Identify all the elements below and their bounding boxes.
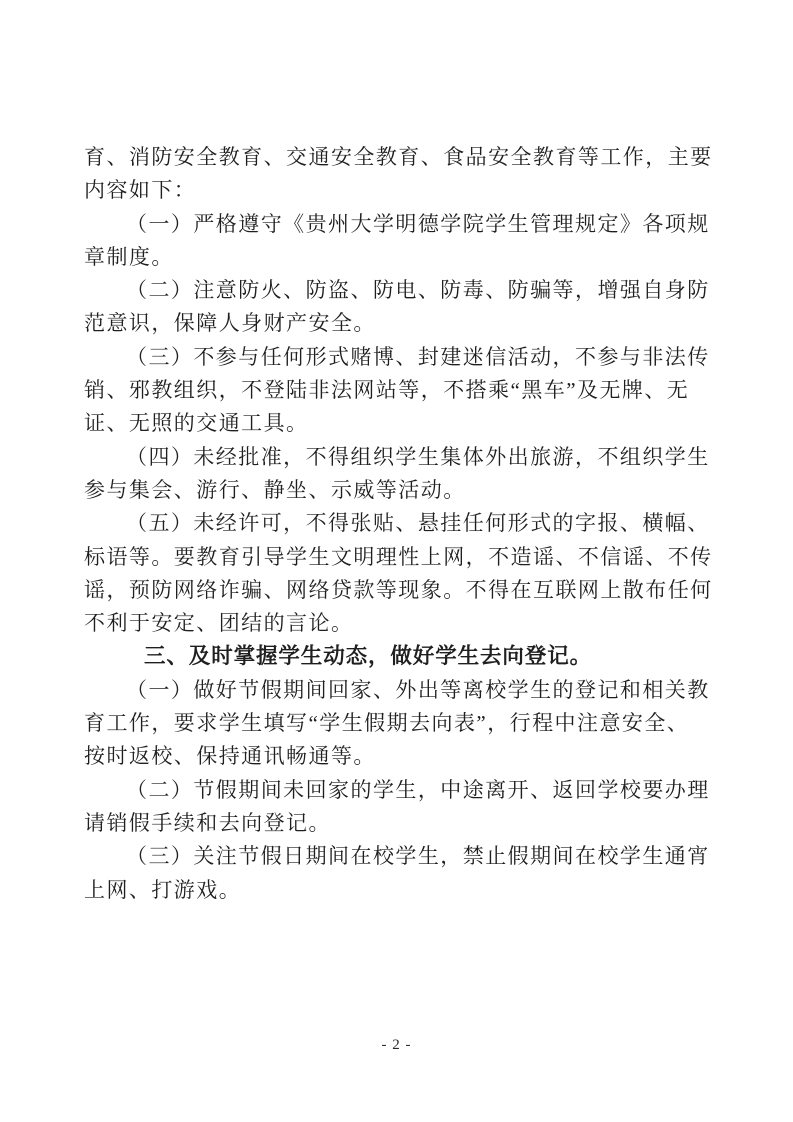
text-line: 育工作，要求学生填写“学生假期去向表”，行程中注意安全、 <box>84 707 724 740</box>
text-line: 请销假手续和去向登记。 <box>84 807 724 840</box>
text-line: 销、邪教组织，不登陆非法网站等，不搭乘“黑车”及无牌、无 <box>84 374 724 407</box>
text-line: （三）关注节假日期间在校学生，禁止假期间在校学生通宵 <box>84 840 724 873</box>
document-body: 育、消防安全教育、交通安全教育、食品安全教育等工作，主要内容如下：（一）严格遵守… <box>84 141 724 907</box>
text-line: （三）不参与任何形式赌博、封建迷信活动，不参与非法传 <box>84 341 724 374</box>
text-line: 谣，预防网络诈骗、网络贷款等现象。不得在互联网上散布任何 <box>84 574 724 607</box>
paragraph: 育、消防安全教育、交通安全教育、食品安全教育等工作，主要内容如下： <box>84 141 724 208</box>
paragraph: （三）不参与任何形式赌博、封建迷信活动，不参与非法传销、邪教组织，不登陆非法网站… <box>84 341 724 441</box>
page-number: - 2 - <box>382 1037 412 1053</box>
text-line: 按时返校、保持通讯畅通等。 <box>84 740 724 773</box>
paragraph: （二）注意防火、防盗、防电、防毒、防骗等，增强自身防范意识，保障人身财产安全。 <box>84 274 724 341</box>
paragraph: （五）未经许可，不得张贴、悬挂任何形式的字报、横幅、标语等。要教育引导学生文明理… <box>84 507 724 640</box>
text-line: 标语等。要教育引导学生文明理性上网，不造谣、不信谣、不传 <box>84 541 724 574</box>
section-heading: 三、及时掌握学生动态，做好学生去向登记。 <box>84 640 724 673</box>
paragraph: （一）做好节假期间回家、外出等离校学生的登记和相关教育工作，要求学生填写“学生假… <box>84 674 724 774</box>
text-line: 三、及时掌握学生动态，做好学生去向登记。 <box>84 640 724 673</box>
document-page: 育、消防安全教育、交通安全教育、食品安全教育等工作，主要内容如下：（一）严格遵守… <box>0 0 793 1122</box>
text-line: 参与集会、游行、静坐、示威等活动。 <box>84 474 724 507</box>
text-line: 证、无照的交通工具。 <box>84 407 724 440</box>
text-line: 内容如下： <box>84 174 724 207</box>
text-line: （一）做好节假期间回家、外出等离校学生的登记和相关教 <box>84 674 724 707</box>
text-line: （四）未经批准，不得组织学生集体外出旅游，不组织学生 <box>84 441 724 474</box>
text-line: （一）严格遵守《贵州大学明德学院学生管理规定》各项规 <box>84 208 724 241</box>
text-line: 上网、打游戏。 <box>84 874 724 907</box>
paragraph: （二）节假期间未回家的学生，中途离开、返回学校要办理请销假手续和去向登记。 <box>84 774 724 841</box>
text-line: 范意识，保障人身财产安全。 <box>84 307 724 340</box>
paragraph: （三）关注节假日期间在校学生，禁止假期间在校学生通宵上网、打游戏。 <box>84 840 724 907</box>
text-line: （二）注意防火、防盗、防电、防毒、防骗等，增强自身防 <box>84 274 724 307</box>
text-line: （二）节假期间未回家的学生，中途离开、返回学校要办理 <box>84 774 724 807</box>
paragraph: （一）严格遵守《贵州大学明德学院学生管理规定》各项规章制度。 <box>84 208 724 275</box>
text-line: 育、消防安全教育、交通安全教育、食品安全教育等工作，主要 <box>84 141 724 174</box>
text-line: 不利于安定、团结的言论。 <box>84 607 724 640</box>
text-line: （五）未经许可，不得张贴、悬挂任何形式的字报、横幅、 <box>84 507 724 540</box>
paragraph: （四）未经批准，不得组织学生集体外出旅游，不组织学生参与集会、游行、静坐、示威等… <box>84 441 724 508</box>
text-line: 章制度。 <box>84 241 724 274</box>
page-footer: - 2 - <box>0 1036 793 1054</box>
